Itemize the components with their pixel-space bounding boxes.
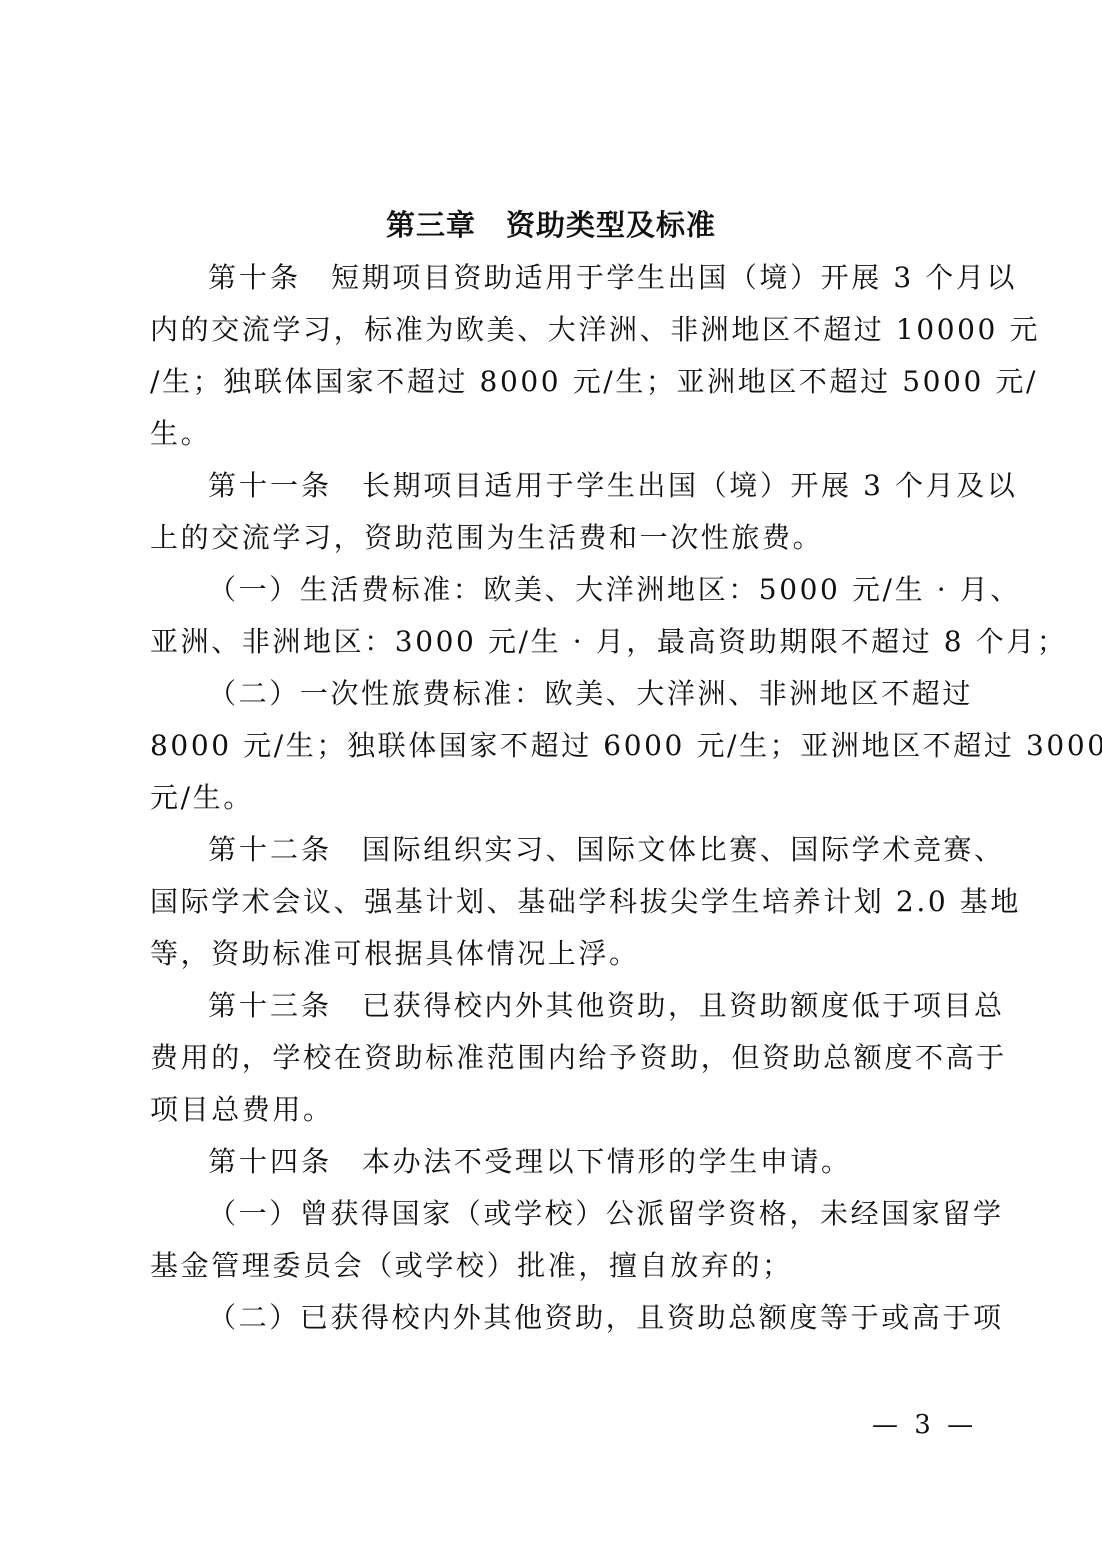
article-11-item-1-line-2: 亚洲、非洲地区：3000 元/生 · 月，最高资助期限不超过 8 个月； xyxy=(150,622,966,662)
article-14-item-1-line-2: 基金管理委员会（或学校）批准，擅自放弃的； xyxy=(150,1246,966,1286)
article-label: 第十条 xyxy=(208,261,301,294)
chapter-title: 第三章资助类型及标准 xyxy=(0,205,1102,245)
article-12-line-3: 等，资助标准可根据具体情况上浮。 xyxy=(150,934,966,974)
article-12-line-2: 国际学术会议、强基计划、基础学科拔尖学生培养计划 2.0 基地 xyxy=(150,882,966,922)
article-10-line-4: 生。 xyxy=(150,414,966,454)
article-10-line-2: 内的交流学习，标准为欧美、大洋洲、非洲地区不超过 10000 元 xyxy=(150,310,966,350)
article-label: 第十一条 xyxy=(208,469,332,502)
article-11-item-2-line-1: （二）一次性旅费标准：欧美、大洋洲、非洲地区不超过 xyxy=(208,674,966,714)
article-11-item-2-line-3: 元/生。 xyxy=(150,778,966,818)
document-page: 第三章资助类型及标准 第十条短期项目资助适用于学生出国（境）开展 3 个月以 内… xyxy=(0,0,1102,1559)
article-label: 第十四条 xyxy=(208,1145,332,1178)
article-12-line-1: 第十二条国际组织实习、国际文体比赛、国际学术竞赛、 xyxy=(208,830,966,870)
article-10-line-3: /生；独联体国家不超过 8000 元/生；亚洲地区不超过 5000 元/ xyxy=(150,362,966,402)
article-13-line-3: 项目总费用。 xyxy=(150,1090,966,1130)
article-14-item-1-line-1: （一）曾获得国家（或学校）公派留学资格，未经国家留学 xyxy=(208,1194,966,1234)
article-13-line-1: 第十三条已获得校内外其他资助，且资助额度低于项目总 xyxy=(208,986,966,1026)
page-number: — 3 — xyxy=(872,1407,977,1443)
article-11-line-1: 第十一条长期项目适用于学生出国（境）开展 3 个月及以 xyxy=(208,466,966,506)
article-label: 第十三条 xyxy=(208,989,332,1022)
article-10-line-1: 第十条短期项目资助适用于学生出国（境）开展 3 个月以 xyxy=(208,258,966,298)
article-14-item-2-line-1: （二）已获得校内外其他资助，且资助总额度等于或高于项 xyxy=(208,1298,966,1338)
article-13-line-2: 费用的，学校在资助标准范围内给予资助，但资助总额度不高于 xyxy=(150,1038,966,1078)
article-11-line-2: 上的交流学习，资助范围为生活费和一次性旅费。 xyxy=(150,518,966,558)
chapter-number: 第三章 xyxy=(386,208,476,242)
article-label: 第十二条 xyxy=(208,833,332,866)
chapter-name: 资助类型及标准 xyxy=(506,208,716,242)
article-11-item-1-line-1: （一）生活费标准：欧美、大洋洲地区：5000 元/生 · 月、 xyxy=(208,570,966,610)
article-11-item-2-line-2: 8000 元/生；独联体国家不超过 6000 元/生；亚洲地区不超过 3000 xyxy=(150,726,966,766)
article-14-line-1: 第十四条本办法不受理以下情形的学生申请。 xyxy=(208,1142,966,1182)
